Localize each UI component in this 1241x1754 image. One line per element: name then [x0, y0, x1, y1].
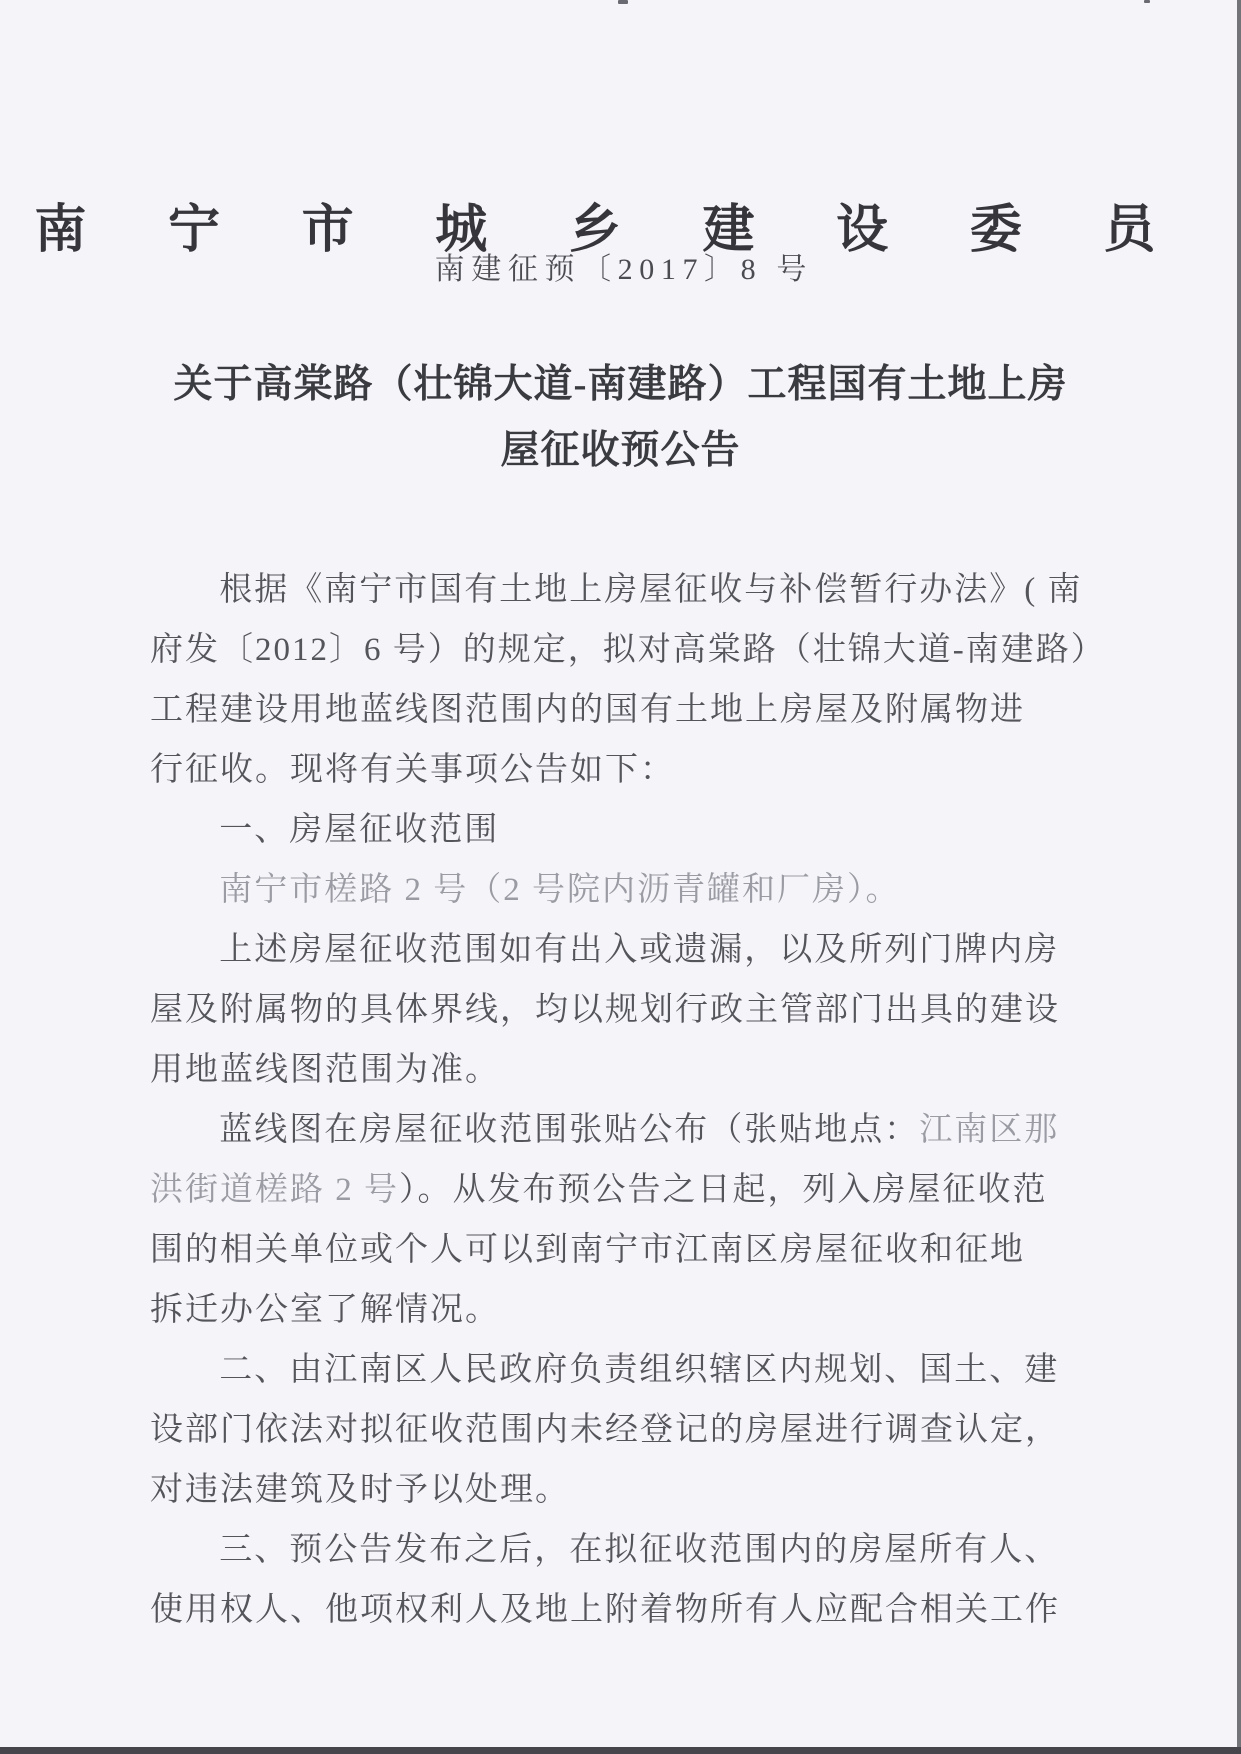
scan-speck	[618, 0, 628, 4]
scan-edge-right	[1237, 0, 1241, 1754]
body-line: 行征收。现将有关事项公告如下：	[150, 740, 1091, 800]
body-line-section-2: 二、由江南区人民政府负责组织辖区内规划、国土、建	[150, 1340, 1091, 1400]
body-line-section-3: 三、预公告发布之后，在拟征收范围内的房屋所有人、	[150, 1520, 1091, 1580]
document-title-line1: 关于高棠路（壮锦大道-南建路）工程国有土地上房	[70, 352, 1171, 418]
body-line: 上述房屋征收范围如有出入或遗漏，以及所列门牌内房	[150, 920, 1091, 980]
scanned-document-page: 南 宁 市 城 乡 建 设 委 员 会 南建征预〔2017〕8 号 关于高棠路（…	[0, 0, 1241, 1754]
body-line: 对违法建筑及时予以处理。	[150, 1460, 1091, 1520]
body-line: 洪街道槎路 2 号）。从发布预公告之日起，列入房屋征收范	[150, 1160, 1091, 1220]
document-title-line2: 屋征收预公告	[70, 418, 1171, 484]
body-line: 屋及附属物的具体界线，均以规划行政主管部门出具的建设	[150, 980, 1091, 1040]
document-title: 关于高棠路（壮锦大道-南建路）工程国有土地上房 屋征收预公告	[70, 352, 1171, 484]
document-number: 南建征预〔2017〕8 号	[0, 244, 1241, 288]
body-line-segment-light: 洪街道槎路 2 号	[150, 1172, 399, 1208]
body-line-segment: ）。从发布预公告之日起，列入房屋征收范	[399, 1172, 1048, 1208]
body-line-segment-light: 江南区那	[919, 1112, 1059, 1148]
body-line: 使用权人、他项权利人及地上附着物所有人应配合相关工作	[150, 1580, 1091, 1640]
document-body: 根据《南宁市国有土地上房屋征收与补偿暂行办法》( 南 府发〔2012〕6 号）的…	[150, 560, 1091, 1640]
scan-edge-bottom	[0, 1747, 1241, 1754]
body-line: 设部门依法对拟征收范围内未经登记的房屋进行调查认定，	[150, 1400, 1091, 1460]
body-line: 蓝线图在房屋征收范围张贴公布（张贴地点：江南区那	[150, 1100, 1091, 1160]
body-line: 府发〔2012〕6 号）的规定，拟对高棠路（壮锦大道-南建路）	[150, 620, 1091, 680]
scan-speck	[1144, 0, 1150, 3]
body-line: 用地蓝线图范围为准。	[150, 1040, 1091, 1100]
body-line: 拆迁办公室了解情况。	[150, 1280, 1091, 1340]
body-line-address: 南宁市槎路 2 号（2 号院内沥青罐和厂房）。	[150, 860, 1091, 920]
body-line: 工程建设用地蓝线图范围内的国有土地上房屋及附属物进	[150, 680, 1091, 740]
body-line: 围的相关单位或个人可以到南宁市江南区房屋征收和征地	[150, 1220, 1091, 1280]
body-line-segment: 蓝线图在房屋征收范围张贴公布（张贴地点：	[219, 1112, 919, 1148]
body-line: 根据《南宁市国有土地上房屋征收与补偿暂行办法》( 南	[150, 560, 1091, 620]
body-line-section-1-heading: 一、房屋征收范围	[150, 800, 1091, 860]
